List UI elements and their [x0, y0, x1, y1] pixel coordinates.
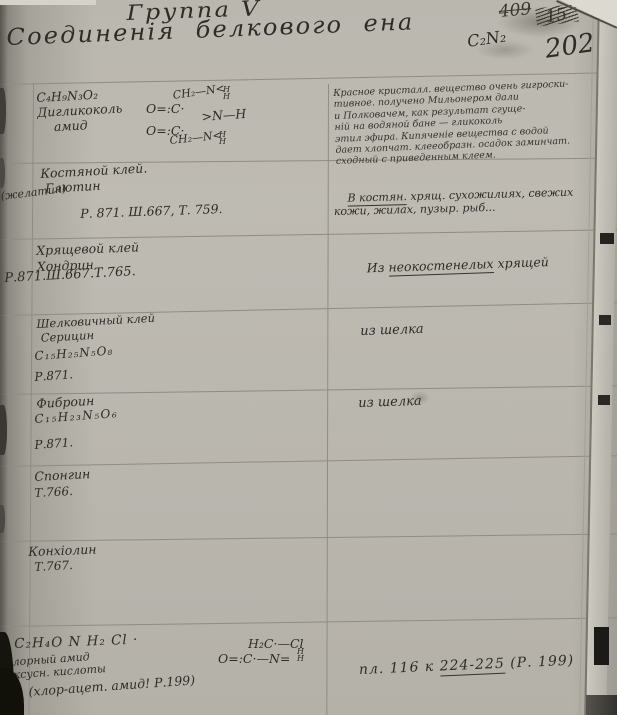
row-4-formula: C₁₅H₂₅N₅O₈ [34, 343, 114, 363]
row-6-reference: Т.766. [34, 484, 73, 501]
row-3-description-underlined: неокостенелых [388, 256, 494, 277]
row-1-description: Красное кристалл. вещество очень гигроск… [333, 79, 571, 168]
page-number-crossed-out: 409 [498, 0, 532, 23]
row-6-name: Спонгин [34, 466, 91, 485]
page-number: 202 [543, 27, 597, 66]
rule-horizontal-8 [0, 617, 617, 627]
row-8-description-prefix: пл. 116 к [359, 658, 440, 678]
row-4-name: Шелковичный клей Серицин [36, 311, 156, 345]
corner-shadow-bottom-right [586, 695, 617, 715]
row-8-structural-formula: H₂C·—Cl O=:C·—N= H H [218, 634, 338, 674]
row-5-description: из шелка [358, 394, 422, 412]
row-4-reference: Р.871. [34, 367, 74, 385]
column-divider [326, 84, 329, 715]
row-8-description-suffix: (Р. 199) [504, 652, 574, 671]
formula-carbonyl-top: O=:C· [146, 101, 184, 117]
edge-mark-4 [594, 627, 609, 665]
formula-bottom-chain: O=:C·—N= [218, 651, 290, 667]
formula-bridge: >N—H [201, 106, 247, 125]
row-8-description-underlined: 224-225 [439, 655, 505, 676]
scanned-notebook-page: Группа V Соединенія белкового ена C₂N₂ 4… [0, 0, 617, 715]
rule-horizontal-7 [0, 533, 617, 542]
row-1-structural-formula: CH₂—N< H H O=:C· >N—H O=:C· CH₂—N< H H [146, 86, 276, 158]
row-3-reference: Р.871.Ш.667.Т.765. [4, 264, 136, 287]
rule-horizontal-6 [0, 455, 617, 467]
row-4-description: из шелка [360, 322, 424, 340]
row-7-reference: Т.767. [34, 558, 73, 575]
binding-blob-1 [0, 88, 6, 134]
row-8-name-formula: C₂H₄O N H₂ Cl · [14, 632, 139, 653]
row-3-description-suffix: хрящей [493, 254, 549, 271]
formula-top-chain: H₂C·—Cl [248, 636, 304, 652]
binding-blob-2 [0, 158, 5, 188]
row-8-description: пл. 116 к 224-225 (Р. 199) [336, 635, 575, 698]
binding-blob-4 [0, 505, 5, 533]
edge-mark-1 [600, 233, 614, 244]
row-3-description-prefix: Из [366, 259, 388, 275]
row-2-name-note: (желатин) [0, 182, 67, 204]
row-5-reference: Р.871. [34, 435, 74, 453]
formula-chain-top: CH₂—N< [172, 82, 226, 103]
edge-mark-2 [599, 315, 611, 325]
formula-stack: H H [297, 648, 304, 662]
formula-stack-bottom: H H [219, 131, 226, 145]
row-8-name: хлорный амид уксусн. кислоты [6, 649, 106, 682]
row-2-reference: Р. 871. Ш.667, Т. 759. [80, 201, 223, 222]
row-3-description: Из неокостенелых хрящей [350, 238, 550, 292]
margin-line-left [29, 84, 34, 715]
page-subtitle-formula: C₂N₂ [466, 27, 507, 52]
row-1-name: C₄H₉N₃O₂ Дигликоколь амид [36, 86, 124, 135]
formula-stack-top: H H [223, 86, 230, 100]
top-edge-highlight [0, 0, 96, 5]
binding-blob-3 [0, 405, 7, 455]
edge-mark-3 [598, 395, 610, 405]
row-2-description: В костян. хрящ. сухожилиях, свежих кожи,… [333, 173, 574, 231]
row-7-name: Конхіолин [28, 542, 97, 560]
